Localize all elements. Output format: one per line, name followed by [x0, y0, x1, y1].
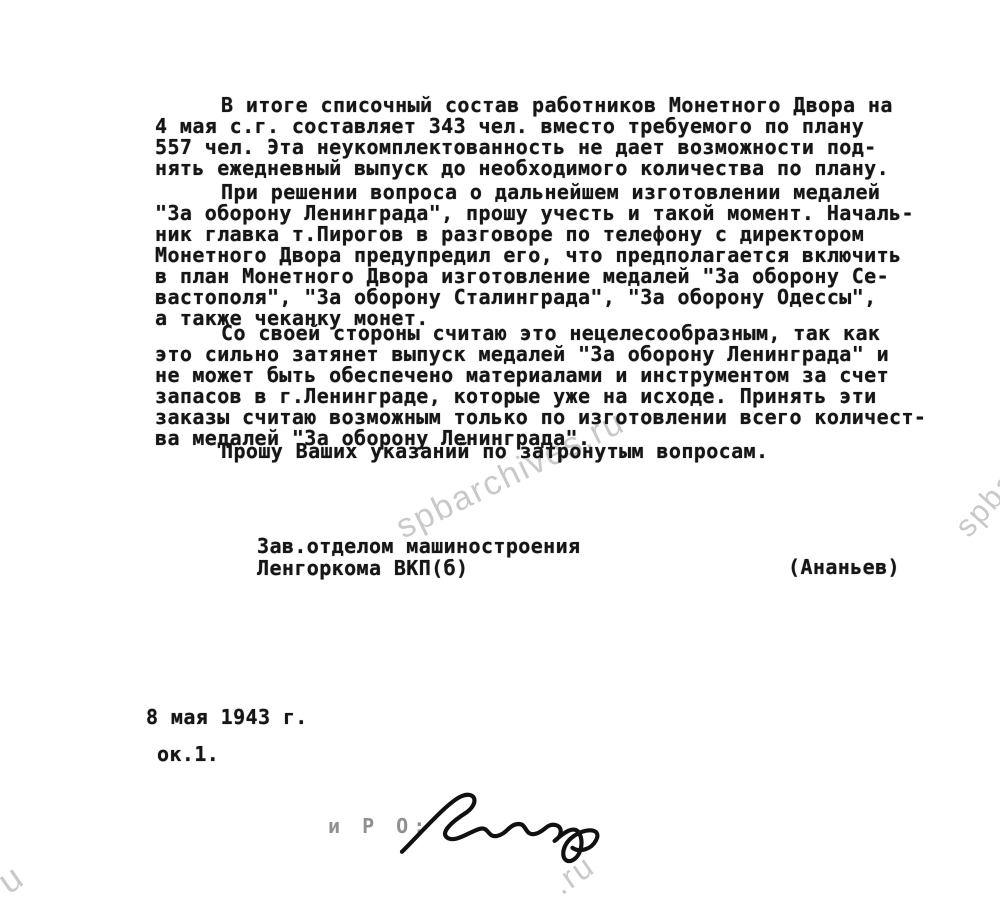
- handwritten-signature: [396, 786, 624, 866]
- signatory-name: (Ананьев): [788, 557, 900, 578]
- signatory-title: Зав.отделом машиностроения Ленгоркома ВК…: [257, 535, 677, 579]
- paragraph-medal-production-plans: При решении вопроса о дальнейшем изготов…: [155, 182, 955, 329]
- paragraph-objection: Со своей стороны считаю это нецелесообра…: [155, 323, 955, 449]
- watermark-spbarchives-right-edge: spbarchives.ru: [948, 349, 1000, 544]
- paragraph-request-for-instructions: Прошу Ваших указаний по затронутым вопро…: [155, 441, 955, 462]
- paragraph-staffing-shortage: В итоге списочный состав работников Моне…: [155, 95, 955, 179]
- scanned-document-page: spbarchives.ru spbarchives.ru .ru u В ит…: [0, 0, 1000, 905]
- watermark-u-fragment: u: [0, 857, 30, 903]
- date-line: 8 мая 1943 г.: [146, 707, 308, 728]
- copy-note: ок.1.: [157, 744, 219, 765]
